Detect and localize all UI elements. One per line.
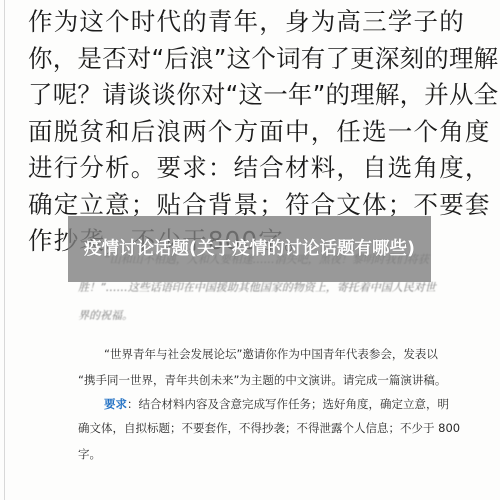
- prompt-line-1: “世界青年与社会发展论坛”邀请你作为中国青年代表参会，发表以: [78, 341, 423, 367]
- main-line-1: 作为这个时代的青年，身为高三学子的: [28, 4, 478, 41]
- quote-line-3: 界的祝福。: [78, 302, 423, 330]
- left-border-line: [4, 0, 5, 500]
- title-overlay-banner: 疫情讨论话题(关于疫情的讨论话题有哪些): [68, 216, 431, 282]
- requirement-line-2: 确文体，自拟标题；不要套作，不得抄袭；不得泄露个人信息；不少于 800: [78, 415, 423, 441]
- requirement-line-1: 要求：结合材料内容及含意完成写作任务；选好角度，确定立意，明: [78, 393, 423, 415]
- overlay-title: 疫情讨论话题(关于疫情的讨论话题有哪些): [76, 237, 423, 262]
- main-line-4: 面脱贫和后浪两个方面中，任选一个角度: [28, 114, 478, 151]
- main-line-5: 进行分析。要求：结合材料，自选角度，: [28, 150, 478, 187]
- writing-prompt: “世界青年与社会发展论坛”邀请你作为中国青年代表参会，发表以 “携手同一世界，青…: [78, 341, 423, 467]
- requirement-text-1: ：结合材料内容及含意完成写作任务；选好角度，确定立意，明: [127, 397, 449, 411]
- requirement-label: 要求: [104, 397, 127, 411]
- prompt-line-2: “携手同一世界，青年共创未来”为主题的中文演讲。请完成一篇演讲稿。: [78, 367, 423, 393]
- main-line-3: 了呢？请谈谈你对“这一年”的理解，并从全: [28, 77, 478, 114]
- requirement-line-3: 字。: [78, 441, 423, 467]
- document-page: 作为这个时代的青年，身为高三学子的 你，是否对“后浪”这个词有了更深刻的理解 了…: [0, 0, 500, 500]
- main-line-2: 你，是否对“后浪”这个词有了更深刻的理解: [28, 41, 478, 78]
